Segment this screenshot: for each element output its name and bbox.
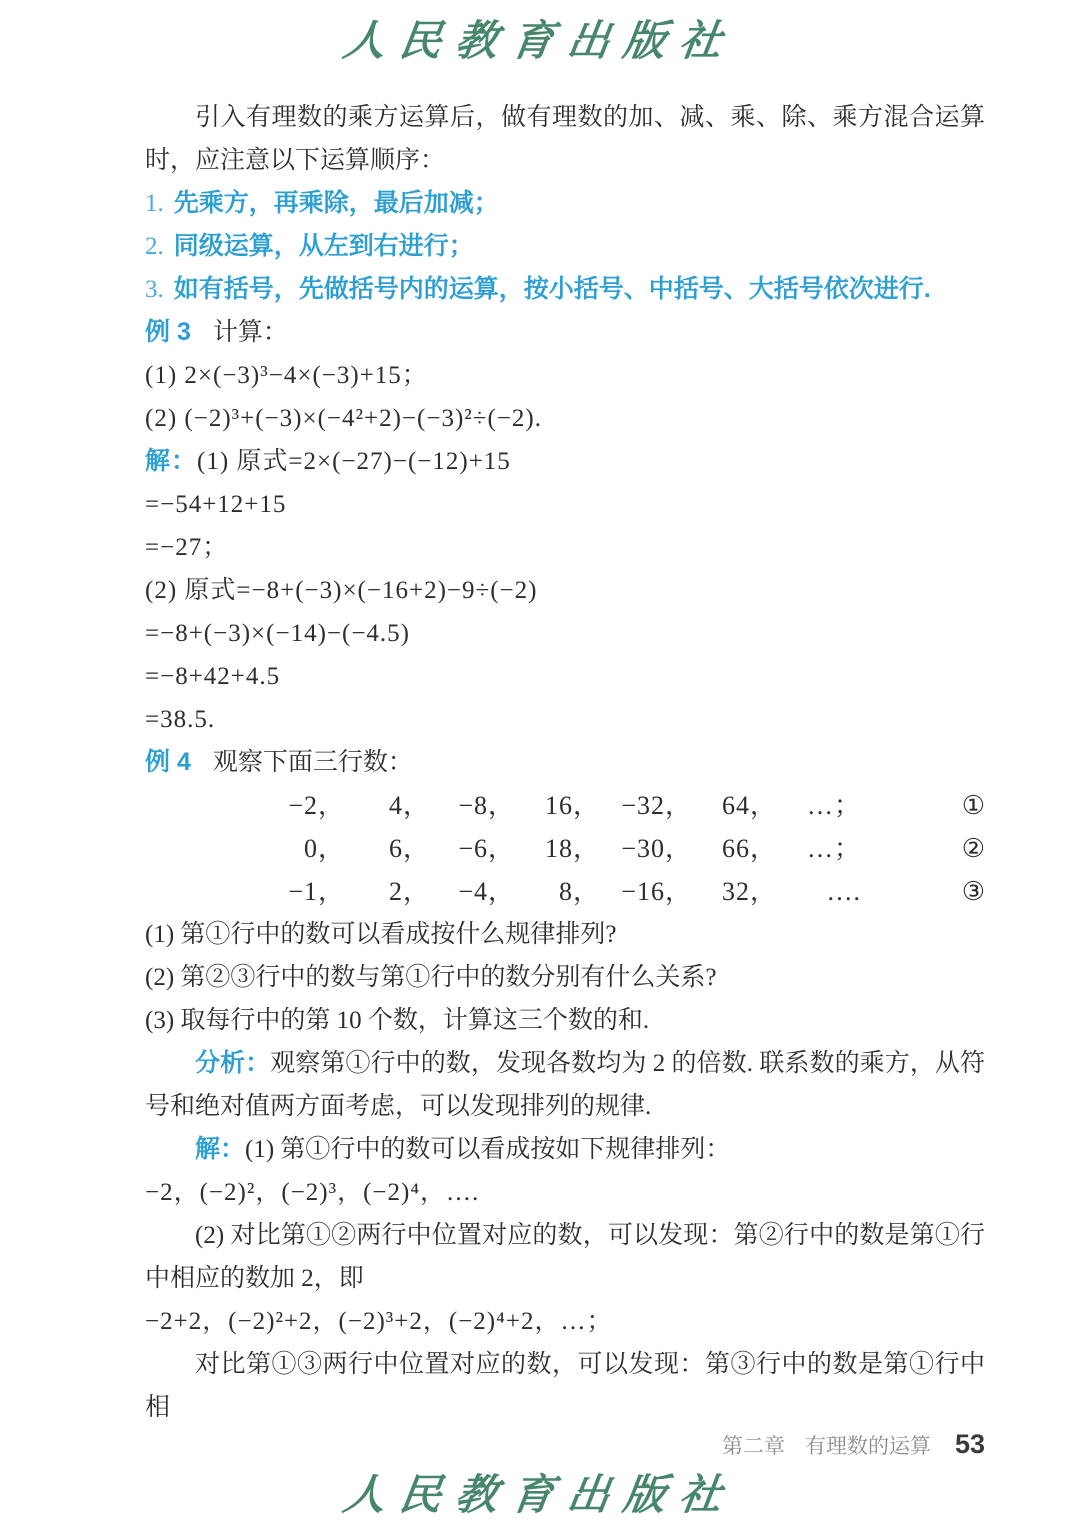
row-value: 0， (145, 827, 345, 870)
example4-solution-formula1: −2，(−2)²，(−2)³，(−2)⁴，…. (145, 1171, 985, 1214)
publisher-logo-footer: 人民教育出版社 (0, 1462, 1080, 1522)
example4-solution-para2: (2) 对比第①②两行中位置对应的数，可以发现：第②行中的数是第①行中相应的数加… (145, 1214, 985, 1300)
row-value: 8， (515, 870, 600, 913)
example4-solution-formula2: −2+2，(−2)²+2，(−2)³+2，(−2)⁴+2，…； (145, 1300, 985, 1343)
row-value: −8， (430, 784, 515, 827)
row-value: 18， (515, 827, 600, 870)
page-content: 引入有理数的乘方运算后，做有理数的加、减、乘、除、乘方混合运算时，应注意以下运算… (145, 96, 985, 1429)
example4-solution-line1: 解：(1) 第①行中的数可以看成按如下规律排列： (145, 1128, 985, 1171)
number-row-3: −1， 2， −4， 8， −16， 32， …. ③ (145, 870, 985, 913)
rule-number: 2. (145, 233, 164, 260)
row-value: 64， (692, 784, 777, 827)
example3-solution-p1-line1: 解：(1) 原式=2×(−27)−(−12)+15 (145, 440, 985, 483)
example3-label: 例 3 (145, 318, 191, 346)
rule-number: 1. (145, 190, 164, 217)
example3-problem-2: (2) (−2)³+(−3)×(−4²+2)−(−3)²÷(−2). (145, 397, 985, 440)
footer-page-number: 53 (955, 1429, 985, 1459)
row-circled-number: ① (861, 784, 985, 827)
row-value: 66， (692, 827, 777, 870)
number-row-1: −2， 4， −8， 16， −32， 64， …； ① (145, 784, 985, 827)
textbook-page: 人民教育出版社 引入有理数的乘方运算后，做有理数的加、减、乘、除、乘方混合运算时… (0, 0, 1080, 1526)
rule-item-2: 2.同级运算，从左到右进行； (145, 225, 985, 268)
solution-text: (1) 第①行中的数可以看成按如下规律排列： (245, 1136, 730, 1163)
example3-solution-p2-line3: =−8+42+4.5 (145, 655, 985, 698)
example4-question-1: (1) 第①行中的数可以看成按什么规律排列? (145, 913, 985, 956)
rule-text: 同级运算，从左到右进行； (174, 232, 474, 260)
example3-solution-p1-line2: =−54+12+15 (145, 483, 985, 526)
row-value: −16， (600, 870, 692, 913)
intro-paragraph: 引入有理数的乘方运算后，做有理数的加、减、乘、除、乘方混合运算时，应注意以下运算… (145, 96, 985, 182)
solution-step: (1) 原式=2×(−27)−(−12)+15 (197, 448, 511, 475)
row-value: 2， (345, 870, 430, 913)
example3-heading: 例 3计算： (145, 311, 985, 354)
example4-question-2: (2) 第②③行中的数与第①行中的数分别有什么关系? (145, 956, 985, 999)
example4-label: 例 4 (145, 748, 191, 776)
solution-label: 解： (195, 1135, 245, 1163)
row-value: 32， (692, 870, 777, 913)
row-ellipsis: …； (777, 784, 861, 827)
example4-question-3: (3) 取每行中的第 10 个数，计算这三个数的和. (145, 999, 985, 1042)
rule-item-1: 1.先乘方，再乘除，最后加减； (145, 182, 985, 225)
example4-title: 观察下面三行数： (213, 749, 413, 776)
example3-solution-p2-line4: =38.5. (145, 698, 985, 741)
row-ellipsis: …； (777, 827, 861, 870)
rule-text: 先乘方，再乘除，最后加减； (174, 189, 499, 217)
analysis-text: 观察第①行中的数，发现各数均为 2 的倍数. 联系数的乘方，从符号和绝对值两方面… (145, 1050, 985, 1120)
example3-solution-p2-line2: =−8+(−3)×(−14)−(−4.5) (145, 612, 985, 655)
row-circled-number: ② (861, 827, 985, 870)
row-value: 6， (345, 827, 430, 870)
row-value: −1， (145, 870, 345, 913)
row-ellipsis: …. (777, 870, 861, 913)
row-value: −32， (600, 784, 692, 827)
analysis-label: 分析： (195, 1049, 270, 1077)
row-value: −6， (430, 827, 515, 870)
publisher-logo-header: 人民教育出版社 (0, 8, 1080, 68)
row-circled-number: ③ (861, 870, 985, 913)
row-value: −2， (145, 784, 345, 827)
example3-solution-p2-line1: (2) 原式=−8+(−3)×(−16+2)−9÷(−2) (145, 569, 985, 612)
footer-chapter: 第二章 (722, 1434, 785, 1458)
number-row-2: 0， 6， −6， 18， −30， 66， …； ② (145, 827, 985, 870)
rule-item-3: 3.如有括号，先做括号内的运算，按小括号、中括号、大括号依次进行. (145, 268, 985, 311)
example3-problem-1: (1) 2×(−3)³−4×(−3)+15； (145, 354, 985, 397)
example3-title: 计算： (213, 319, 288, 346)
example3-solution-p1-line3: =−27； (145, 526, 985, 569)
row-value: 4， (345, 784, 430, 827)
analysis-paragraph: 分析：观察第①行中的数，发现各数均为 2 的倍数. 联系数的乘方，从符号和绝对值… (145, 1042, 985, 1128)
solution-label: 解： (145, 447, 197, 475)
example4-solution-para3: 对比第①③两行中位置对应的数，可以发现：第③行中的数是第①行中相 (145, 1343, 985, 1429)
row-value: −4， (430, 870, 515, 913)
footer-section: 有理数的运算 (805, 1434, 931, 1458)
row-value: −30， (600, 827, 692, 870)
rule-text: 如有括号，先做括号内的运算，按小括号、中括号、大括号依次进行. (174, 275, 931, 303)
rule-number: 3. (145, 276, 164, 303)
example4-heading: 例 4观察下面三行数： (145, 741, 985, 784)
row-value: 16， (515, 784, 600, 827)
